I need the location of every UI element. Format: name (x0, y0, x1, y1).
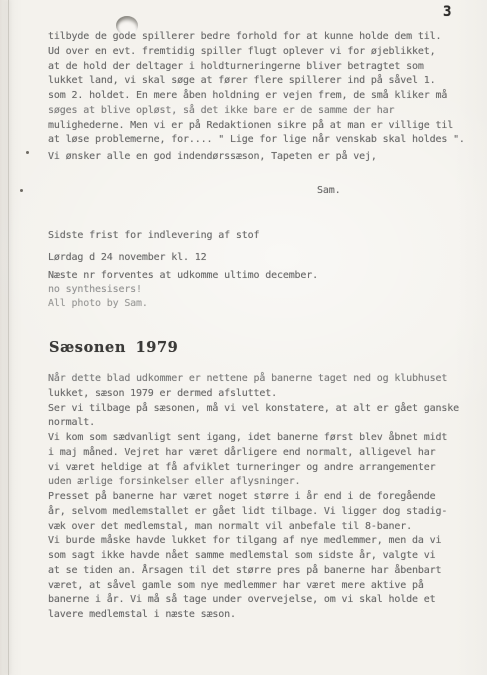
text-line: Når dette blad udkommer er nettene på ba… (48, 372, 459, 387)
text-line: Vi kom som sædvanligt sent igang, idet b… (48, 431, 459, 446)
text-line: Ud over en evt. fremtidig spiller flugt … (48, 45, 465, 60)
text-line: at de hold der deltager i holdturneringe… (48, 60, 465, 75)
no-synthesisers-line: no synthesisers! (48, 283, 142, 298)
paper-speck (26, 151, 29, 154)
signature: Sam. (317, 184, 340, 199)
text-line: Vi burde måske havde lukket for tilgang … (48, 534, 459, 549)
text-line: vi været heldige at få afviklet turnerin… (48, 461, 459, 476)
text-line: at se tiden an. Årsagen til det større p… (48, 564, 459, 579)
text-line: uden ærlige forsinkelser eller aflysning… (48, 475, 459, 490)
scanned-page: 3 tilbyde de gode spillerer bedre forhol… (0, 0, 487, 675)
next-issue-line: Næste nr forventes at udkomme ultimo dec… (48, 269, 318, 284)
text-line: været, at såvel gamle som nye medlemmer … (48, 579, 459, 594)
paragraph-club-openness: tilbyde de gode spillerer bedre forhold … (48, 30, 465, 148)
left-fold-crease (8, 0, 9, 675)
text-line: mulighederne. Men vi er på Redaktionen s… (48, 119, 465, 134)
paper-speck (20, 189, 23, 192)
photo-credit-line: All photo by Sam. (48, 297, 148, 312)
closing-line: Vi ønsker alle en god indendørssæson, Ta… (48, 150, 377, 165)
text-line: lukket land, vi skal søge at fører flere… (48, 74, 465, 89)
text-line: som sagt ikke havde nået samme medlemsta… (48, 549, 459, 564)
page-number: 3 (443, 4, 451, 20)
paragraph-season-report: Når dette blad udkommer er nettene på ba… (48, 372, 459, 623)
section-heading: Sæsonen 1979 (49, 339, 178, 356)
text-line: år, selvom medlemstallet er gået lidt ti… (48, 505, 459, 520)
text-line: banerne i år. Vi må så tage under overve… (48, 593, 459, 608)
text-line: i maj måned. Vejret har været dårligere … (48, 446, 459, 461)
text-line: som 2. holdet. En mere åben holdning er … (48, 89, 465, 104)
text-line: væk over det medlemstal, man normalt vil… (48, 520, 459, 535)
deadline-notice-title: Sidste frist for indlevering af stof (48, 229, 259, 244)
text-line: tilbyde de gode spillerer bedre forhold … (48, 30, 465, 45)
text-line: søges at blive opløst, så det ikke bare … (48, 104, 465, 119)
text-line: at løse problemerne, for.... " Lige for … (48, 133, 465, 148)
text-line: lukket, sæson 1979 er dermed afsluttet. (48, 387, 459, 402)
deadline-notice-date: Lørdag d 24 november kl. 12 (48, 251, 207, 266)
text-line: lavere medlemstal i næste sæson. (48, 608, 459, 623)
text-line: Presset på banerne har været noget størr… (48, 490, 459, 505)
text-line: Ser vi tilbage på sæsonen, må vi vel kon… (48, 402, 459, 417)
text-line: normalt. (48, 416, 459, 431)
